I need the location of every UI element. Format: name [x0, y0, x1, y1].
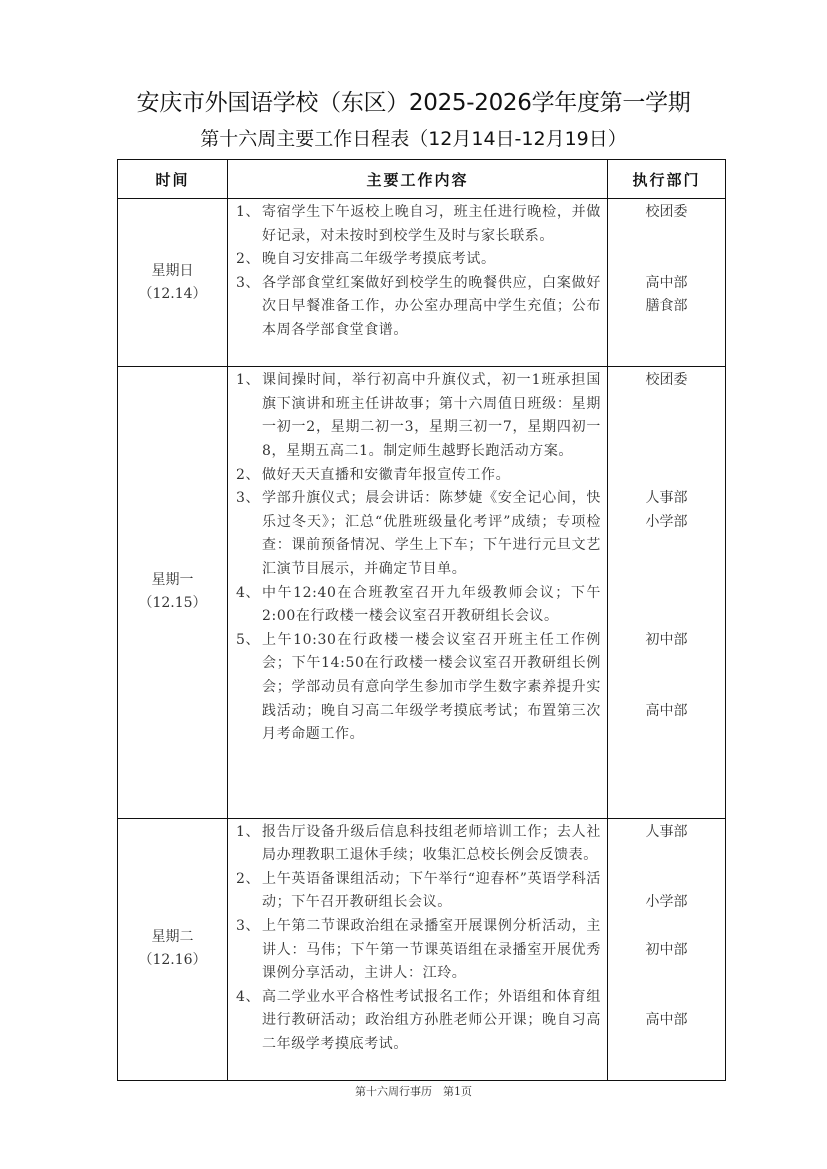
table-row: 星期一 （12.15） 1、课间操时间，举行初高中升旗仪式，初一1班承担国旗下演…	[118, 367, 726, 818]
schedule-table: 时间 主要工作内容 执行部门 星期日 （12.14） 1、寄宿学生下午返校上晚自…	[117, 159, 726, 1081]
list-item: 4、中午12:40在合班教室召开九年级教师会议；下午2:00在行政楼一楼会议室召…	[236, 582, 601, 629]
header-time: 时间	[118, 160, 228, 199]
content-cell: 1、课间操时间，举行初高中升旗仪式，初一1班承担国旗下演讲和班主任讲故事；第十六…	[228, 367, 608, 818]
dept-cell: 人事部 小学部 初中部 高中部	[608, 818, 726, 1081]
dept-label: 人事部	[608, 487, 725, 511]
header-content: 主要工作内容	[228, 160, 608, 199]
day-label: 星期一	[118, 569, 227, 592]
list-item: 3、学部升旗仪式；晨会讲话：陈梦婕《安全记心间，快乐过冬天》；汇总“优胜班级量化…	[236, 487, 601, 581]
page-footer: 第十六周行事历 第1页	[0, 1083, 827, 1099]
date-label: （12.14）	[118, 283, 227, 306]
date-label: （12.16）	[118, 949, 227, 972]
content-cell: 1、报告厅设备升级后信息科技组老师培训工作；去人社局办理教职工退休手续；收集汇总…	[228, 818, 608, 1081]
date-label: （12.15）	[118, 592, 227, 615]
list-item: 1、课间操时间，举行初高中升旗仪式，初一1班承担国旗下演讲和班主任讲故事；第十六…	[236, 369, 601, 463]
time-cell: 星期二 （12.16）	[118, 818, 228, 1081]
dept-label: 初中部	[608, 629, 725, 700]
list-item: 5、上午10:30在行政楼一楼会议室召开班主任工作例会；下午14:50在行政楼一…	[236, 629, 601, 747]
list-item: 3、各学部食堂红案做好到校学生的晚餐供应，白案做好次日早餐准备工作，办公室办理高…	[236, 272, 601, 343]
list-item: 2、晚自习安排高二年级学考摸底考试。	[236, 248, 601, 272]
time-cell: 星期一 （12.15）	[118, 367, 228, 818]
day-label: 星期日	[118, 260, 227, 283]
dept-label: 小学部	[608, 511, 725, 629]
list-item: 2、上午英语备课组活动；下午举行“迎春杯”英语学科活动；下午召开教研组长会议。	[236, 868, 601, 915]
dept-label: 校团委	[608, 369, 725, 487]
dept-label: 小学部	[608, 891, 725, 938]
dept-cell: 校团委 高中部 膳食部	[608, 199, 726, 367]
list-item: 1、报告厅设备升级后信息科技组老师培训工作；去人社局办理教职工退休手续；收集汇总…	[236, 821, 601, 868]
list-item: 4、高二学业水平合格性考试报名工作；外语组和体育组进行教研活动；政治组方孙胜老师…	[236, 986, 601, 1057]
list-item: 2、做好天天直播和安徽青年报宣传工作。	[236, 464, 601, 488]
dept-label: 高中部	[608, 700, 725, 818]
content-cell: 1、寄宿学生下午返校上晚自习，班主任进行晚检，并做好记录，对未按时到校学生及时与…	[228, 199, 608, 367]
dept-label: 人事部	[608, 821, 725, 892]
document-subtitle: 第十六周主要工作日程表（12月14日-12月19日）	[0, 124, 827, 151]
list-item: 1、寄宿学生下午返校上晚自习，班主任进行晚检，并做好记录，对未按时到校学生及时与…	[236, 201, 601, 248]
header-dept: 执行部门	[608, 160, 726, 199]
dept-label: 高中部	[608, 1009, 725, 1080]
dept-label: 校团委	[608, 201, 725, 272]
dept-label: 高中部	[608, 272, 725, 296]
dept-label: 初中部	[608, 939, 725, 1010]
list-item: 3、上午第二节课政治组在录播室开展课例分析活动，主讲人：马伟；下午第一节课英语组…	[236, 915, 601, 986]
table-row: 星期日 （12.14） 1、寄宿学生下午返校上晚自习，班主任进行晚检，并做好记录…	[118, 199, 726, 367]
dept-label: 膳食部	[608, 295, 725, 366]
day-label: 星期二	[118, 926, 227, 949]
document-title: 安庆市外国语学校（东区）2025-2026学年度第一学期	[0, 84, 827, 117]
table-header-row: 时间 主要工作内容 执行部门	[118, 160, 726, 199]
dept-cell: 校团委 人事部 小学部 初中部 高中部	[608, 367, 726, 818]
time-cell: 星期日 （12.14）	[118, 199, 228, 367]
table-row: 星期二 （12.16） 1、报告厅设备升级后信息科技组老师培训工作；去人社局办理…	[118, 818, 726, 1081]
